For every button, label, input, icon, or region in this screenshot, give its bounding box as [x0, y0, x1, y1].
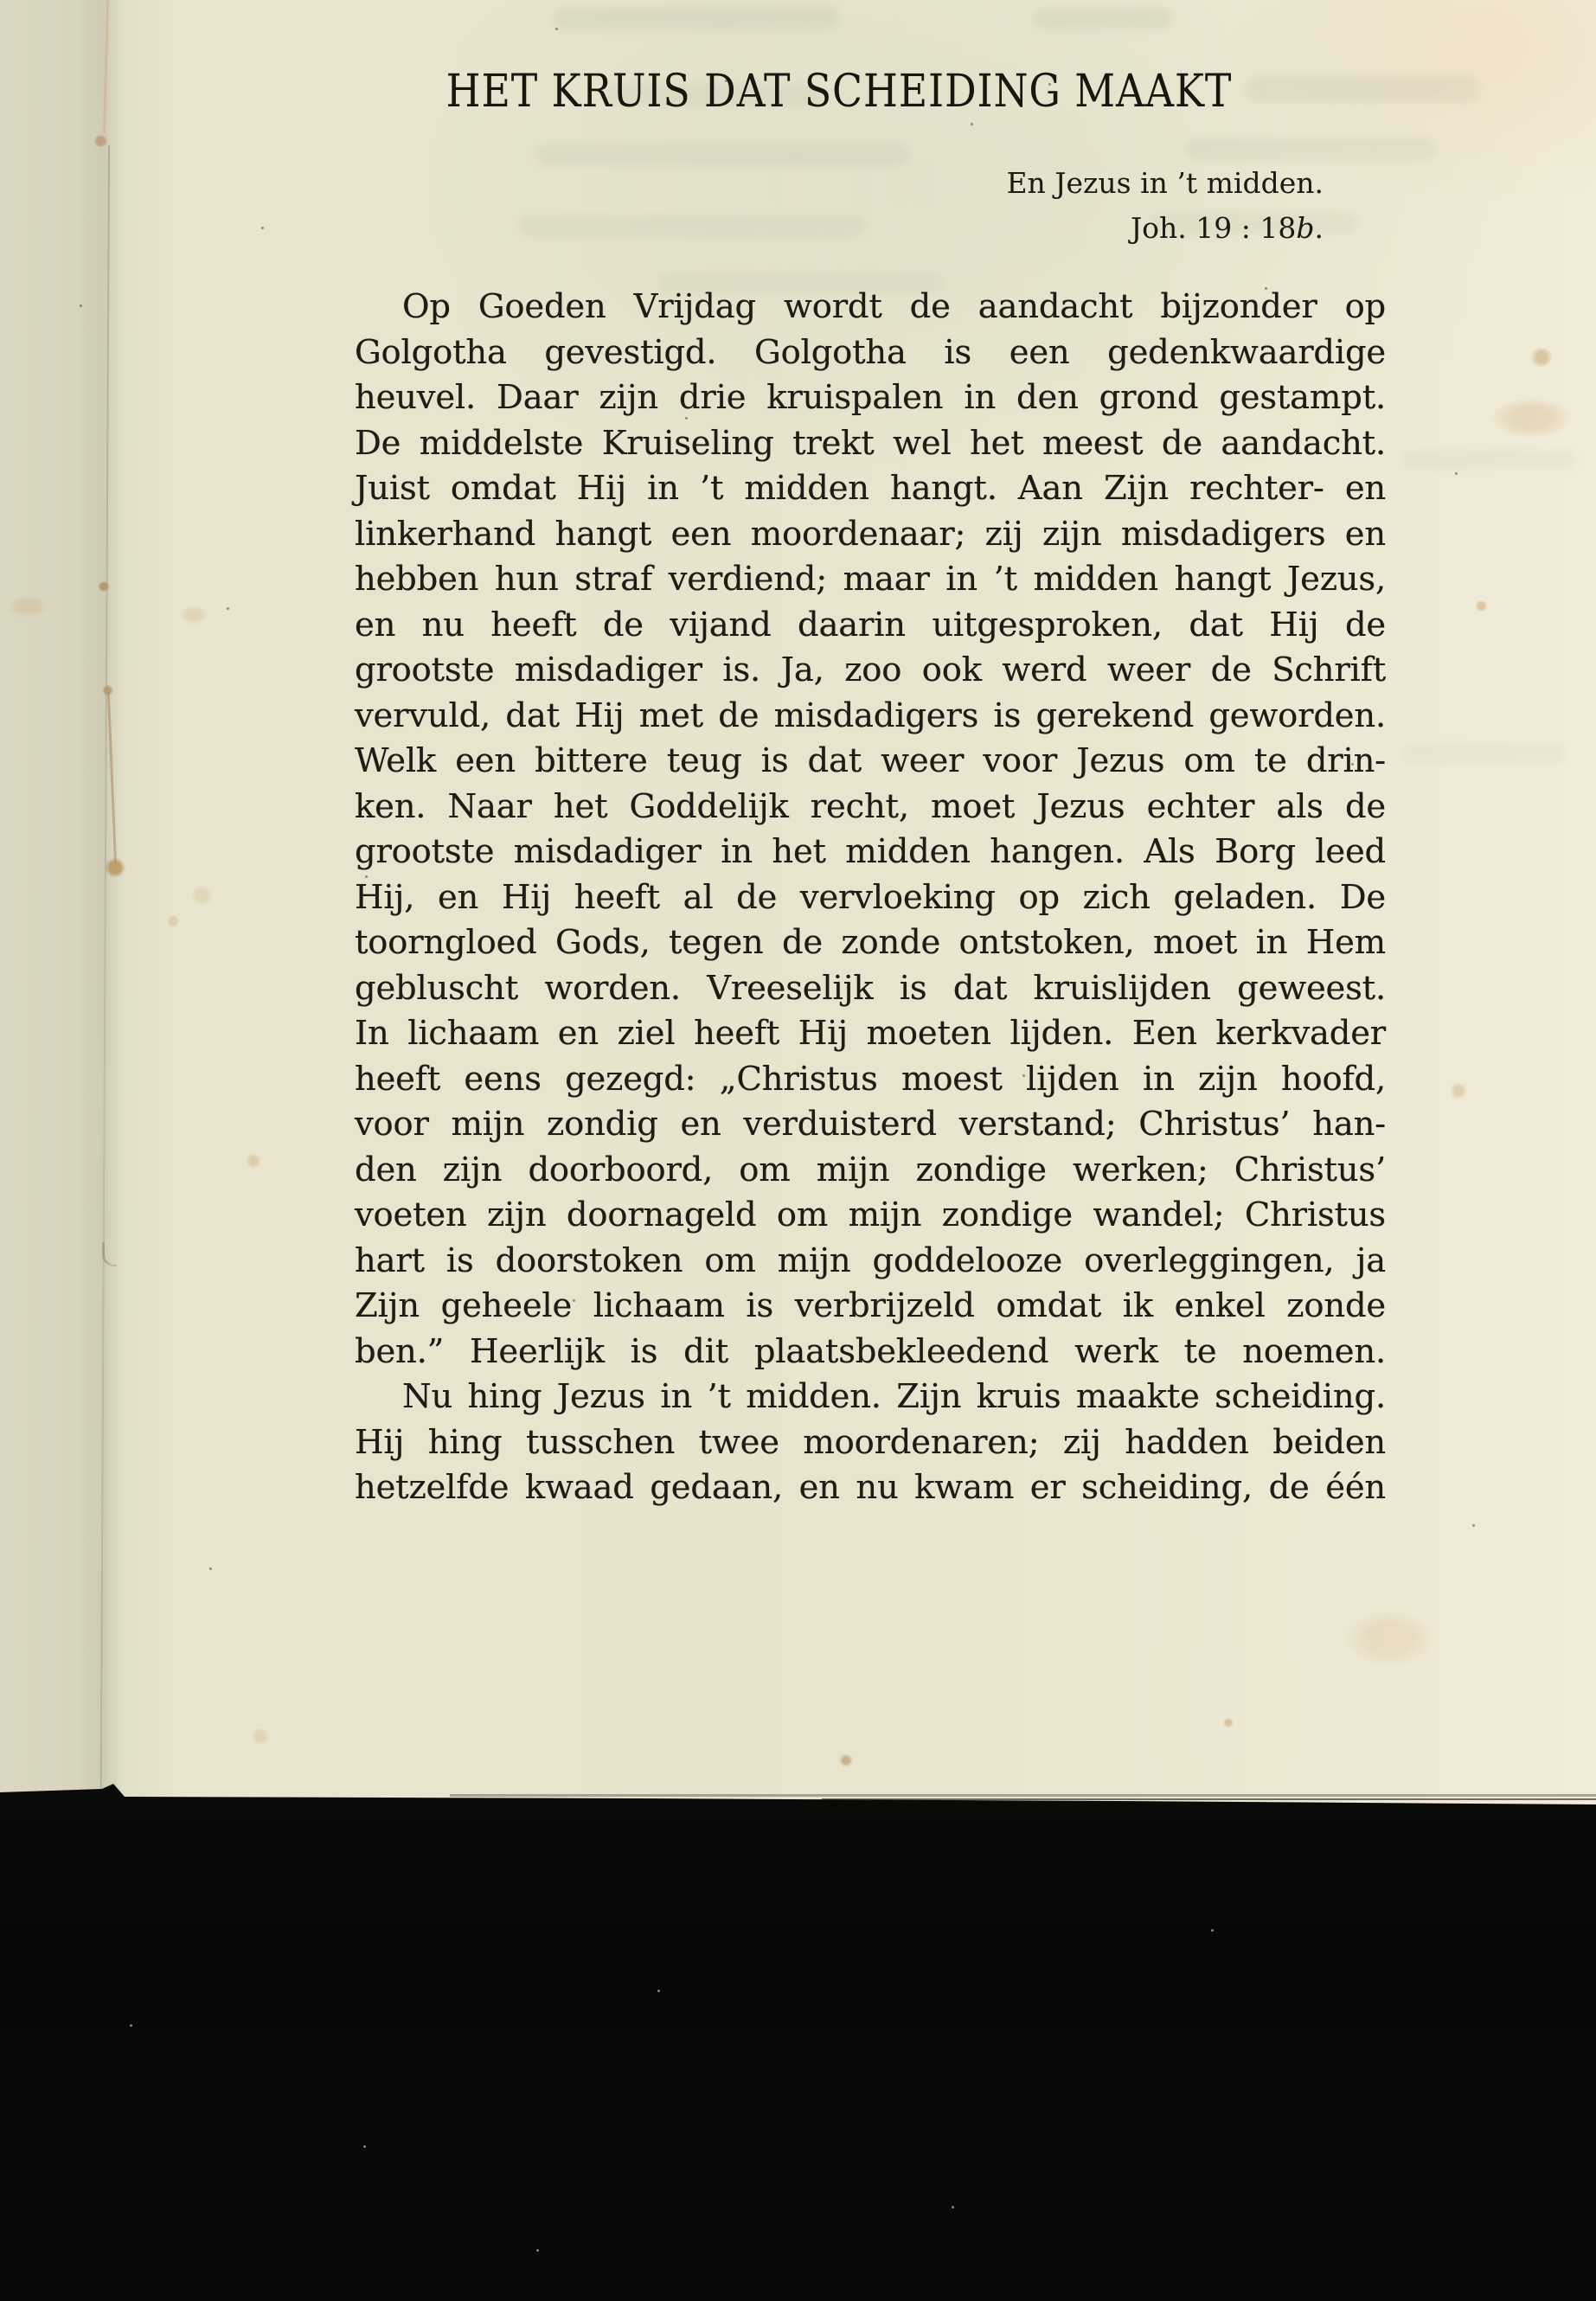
epigraph: En Jezus in ’t midden. Joh. 19 : 18b. [1006, 161, 1324, 251]
dust-speck [1455, 472, 1458, 475]
binding-stitch-thread [107, 692, 117, 867]
foxing-stain [166, 915, 180, 927]
text-line: grootste misdadiger is. Ja, zoo ook werd… [355, 648, 1386, 694]
scan-black-area [0, 1778, 1596, 2301]
text-line: vervuld, dat Hij met de misdadigers is g… [355, 694, 1386, 740]
body-text: Op Goeden Vrijdag wordt de aandacht bijz… [355, 285, 1386, 1511]
foxing-stain [1530, 348, 1553, 367]
foxing-stain [1223, 1718, 1234, 1727]
text-line: voeten zijn doornageld om mijn zondige w… [355, 1193, 1386, 1239]
text-line: hetzelfde kwaad gedaan, en nu kwam er sc… [355, 1465, 1386, 1511]
gutter-crease [100, 145, 110, 1793]
epigraph-reference-text: Joh. 19 : 18 [1131, 211, 1296, 245]
foxing-stain [1492, 398, 1570, 438]
text-line: heuvel. Daar zijn drie kruispalen in den… [355, 375, 1386, 421]
dust-speck [363, 2145, 366, 2148]
text-line: gebluscht worden. Vreeselijk is dat krui… [355, 966, 1386, 1012]
page-bottom-edge [450, 1794, 1596, 1797]
dust-speck [227, 607, 229, 610]
text-line: Welk een bittere teug is dat weer voor J… [355, 739, 1386, 785]
foxing-stain [9, 595, 47, 618]
text-line: In lichaam en ziel heeft Hij moeten lijd… [355, 1011, 1386, 1057]
foxing-stain [1346, 1611, 1433, 1666]
dust-speck [1211, 1929, 1214, 1932]
text-line: voor mijn zondig en verduisterd verstand… [355, 1102, 1386, 1148]
text-line: De middelste Kruiseling trekt wel het me… [355, 421, 1386, 467]
foxing-stain [1475, 600, 1488, 612]
dust-speck [130, 2024, 132, 2027]
epigraph-quote: En Jezus in ’t midden. [1006, 161, 1324, 206]
binding-stitch [98, 581, 110, 592]
text-line: linkerhand hangt een moordenaar; zij zij… [355, 512, 1386, 558]
text-line: grootste misdadiger in het midden hangen… [355, 830, 1386, 875]
text-line: toorngloed Gods, tegen de zonde ontstoke… [355, 920, 1386, 966]
epigraph-reference: Joh. 19 : 18b. [1006, 206, 1324, 251]
text-line: Golgotha gevestigd. Golgotha is een gede… [355, 330, 1386, 376]
text-line: den zijn doorboord, om mijn zondige werk… [355, 1148, 1386, 1194]
binding-stitch [105, 858, 125, 877]
scanned-book-page: HET KRUIS DAT SCHEIDING MAAKT En Jezus i… [0, 0, 1596, 2301]
dust-speck [971, 123, 973, 125]
text-line: Zijn geheele lichaam is verbrijzeld omda… [355, 1284, 1386, 1330]
text-line: Nu hing Jezus in ’t midden. Zijn kruis m… [355, 1375, 1386, 1420]
text-line: ben.” Heerlijk is dit plaatsbekleedend w… [355, 1330, 1386, 1375]
foxing-stain [839, 1754, 853, 1766]
text-line: Hij hing tusschen twee moordenaren; zij … [355, 1420, 1386, 1466]
text-line: hebben hun straf verdiend; maar in ’t mi… [355, 557, 1386, 603]
bleedthrough-mark [1401, 450, 1574, 469]
text-line: Juist omdat Hij in ’t midden hangt. Aan … [355, 466, 1386, 512]
bleedthrough-mark [1185, 138, 1436, 161]
dust-speck [555, 28, 558, 30]
dust-speck [209, 1567, 212, 1570]
foxing-stain [180, 606, 208, 625]
text-line: ken. Naar het Goddelijk recht, moet Jezu… [355, 785, 1386, 830]
binding-thread-knot [93, 135, 108, 147]
bleedthrough-mark [1401, 744, 1566, 763]
dust-speck [1472, 1524, 1475, 1527]
binding-thread [103, 0, 109, 133]
dust-speck [952, 2206, 954, 2208]
epigraph-reference-period: . [1315, 211, 1324, 245]
foxing-stain [246, 1154, 261, 1168]
text-line: Op Goeden Vrijdag wordt de aandacht bijz… [355, 285, 1386, 330]
dust-speck [80, 304, 82, 307]
text-line: heeft eens gezegd: „Christus moest lijde… [355, 1057, 1386, 1103]
chapter-title: HET KRUIS DAT SCHEIDING MAAKT [360, 66, 1319, 118]
dust-speck [657, 1990, 660, 1992]
dust-speck [536, 2249, 539, 2252]
text-line: en nu heeft de vijand daarin uitgesproke… [355, 603, 1386, 649]
epigraph-reference-verse-letter: b [1296, 211, 1314, 245]
foxing-stain [190, 886, 213, 905]
page-bottom-edge-shadow [822, 1798, 1596, 1800]
text-line: hart is doorstoken om mijn goddelooze ov… [355, 1239, 1386, 1285]
bleedthrough-mark [536, 144, 908, 166]
foxing-stain [251, 1728, 270, 1744]
bleedthrough-mark [1034, 9, 1172, 29]
dust-speck [261, 227, 264, 229]
bleedthrough-mark [554, 7, 839, 29]
bleedthrough-mark [519, 216, 865, 237]
text-line: Hij, en Hij heeft al de vervloeking op z… [355, 875, 1386, 921]
foxing-stain [1450, 1083, 1467, 1099]
